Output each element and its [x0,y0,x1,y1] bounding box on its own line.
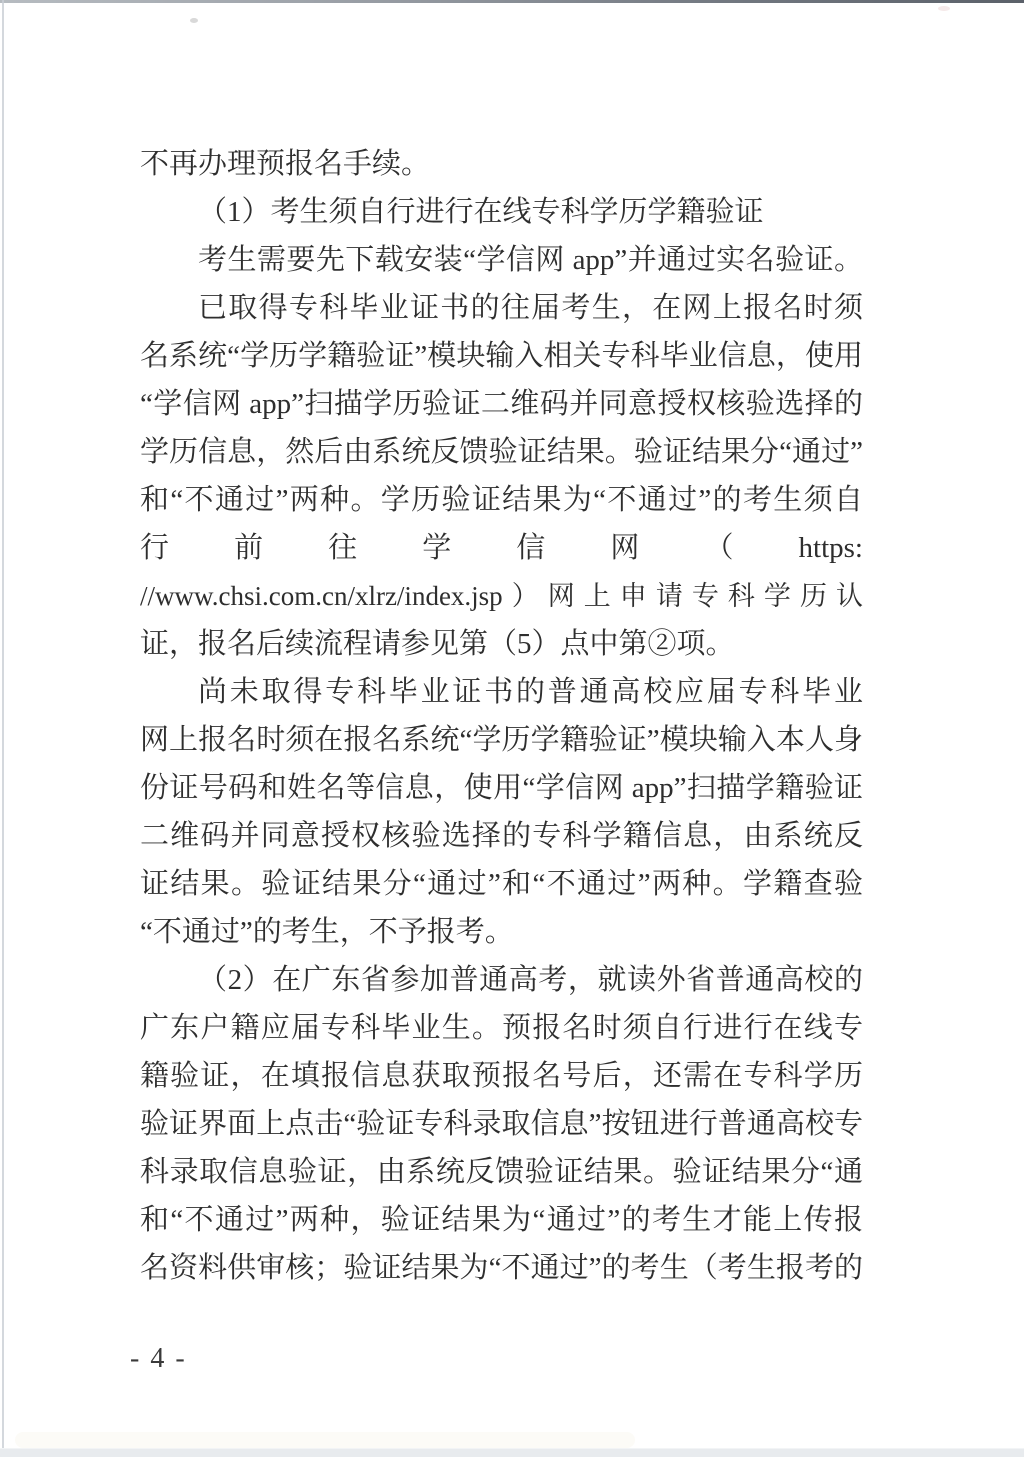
text-line: 份证号码和姓名等信息，使用“学信网 app”扫描学籍验证 [140,764,863,812]
scan-speck [190,18,198,23]
text-line: 学历信息，然后由系统反馈验证结果。验证结果分“通过” [140,428,863,476]
text-line: 科录取信息验证，由系统反馈验证结果。验证结果分“通过” [140,1148,863,1196]
text-line: 尚未取得专科毕业证书的普通高校应届专科毕业生，在 [140,668,863,716]
text-line: 考生需要先下载安装“学信网 app”并通过实名验证。 [140,236,863,284]
scan-smudge [15,1432,635,1448]
text-line: 证，报名后续流程请参见第（5）点中第②项。 [140,620,863,668]
text-line: （1）考生须自行进行在线专科学历学籍验证 [140,188,863,236]
text-line-url: //www.chsi.com.cn/xlrz/index.jsp）网上申请专科学… [140,572,863,620]
text-line: “学信网 app”扫描学历验证二维码并同意授权核验选择的 [140,380,863,428]
text-line: 和“不通过”两种，验证结果为“通过”的考生才能上传报 [140,1196,863,1244]
text-line: 籍验证，在填报信息获取预报名号后，还需在专科学历学籍 [140,1052,863,1100]
text-line: 和“不通过”两种。学历验证结果为“不通过”的考生须自 [140,476,863,524]
text-line: 二维码并同意授权核验选择的专科学籍信息，由系统反馈验 [140,812,863,860]
scan-edge-top [0,0,1024,3]
scan-speck [938,6,950,11]
document-body: 不再办理预报名手续。 （1）考生须自行进行在线专科学历学籍验证 考生需要先下载安… [140,140,863,1292]
scanned-document-page: { "document": { "lines": [ "不再办理预报名手续。",… [0,0,1024,1457]
scan-edge-left [2,0,4,1457]
text-line: 证结果。验证结果分“通过”和“不通过”两种。学籍查验 [140,860,863,908]
text-line: 名系统“学历学籍验证”模块输入相关专科毕业信息，使用 [140,332,863,380]
text-line: 广东户籍应届专科毕业生。预报名时须自行进行在线专科学 [140,1004,863,1052]
text-line: （2）在广东省参加普通高考，就读外省普通高校的非 [140,956,863,1004]
text-line: 名资料供审核；验证结果为“不通过”的考生（考生报考的 [140,1244,863,1292]
page-number: - 4 - [130,1342,187,1376]
text-line: 已取得专科毕业证书的往届考生，在网上报名时须在报 [140,284,863,332]
text-line: 网上报名时须在报名系统“学历学籍验证”模块输入本人身 [140,716,863,764]
text-line: “不通过”的考生，不予报考。 [140,908,863,956]
text-line: 不再办理预报名手续。 [140,140,863,188]
scan-edge-bottom [0,1448,1024,1457]
text-line: 行前往学信网（https: [140,524,863,572]
text-line: 验证界面上点击“验证专科录取信息”按钮进行普通高校专 [140,1100,863,1148]
